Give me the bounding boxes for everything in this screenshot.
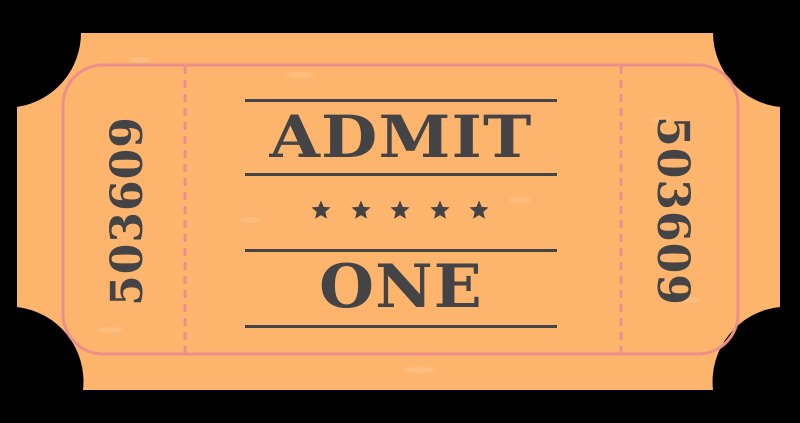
rule-one-bottom — [245, 325, 557, 328]
star-icon — [429, 199, 451, 221]
star-icon — [389, 199, 411, 221]
rating-stars — [310, 199, 490, 221]
admit-one-ticket: 503609 503609 ADMIT ONE — [0, 0, 800, 423]
serial-number-left: 503609 — [106, 116, 150, 306]
star-icon — [350, 199, 372, 221]
serial-number-right: 503609 — [650, 116, 694, 306]
headline-admit: ADMIT — [226, 108, 575, 166]
star-icon — [310, 199, 332, 221]
rule-admit-bottom — [245, 173, 557, 176]
headline-one: ONE — [237, 257, 565, 317]
star-icon — [468, 199, 490, 221]
rule-admit-top — [245, 99, 557, 102]
